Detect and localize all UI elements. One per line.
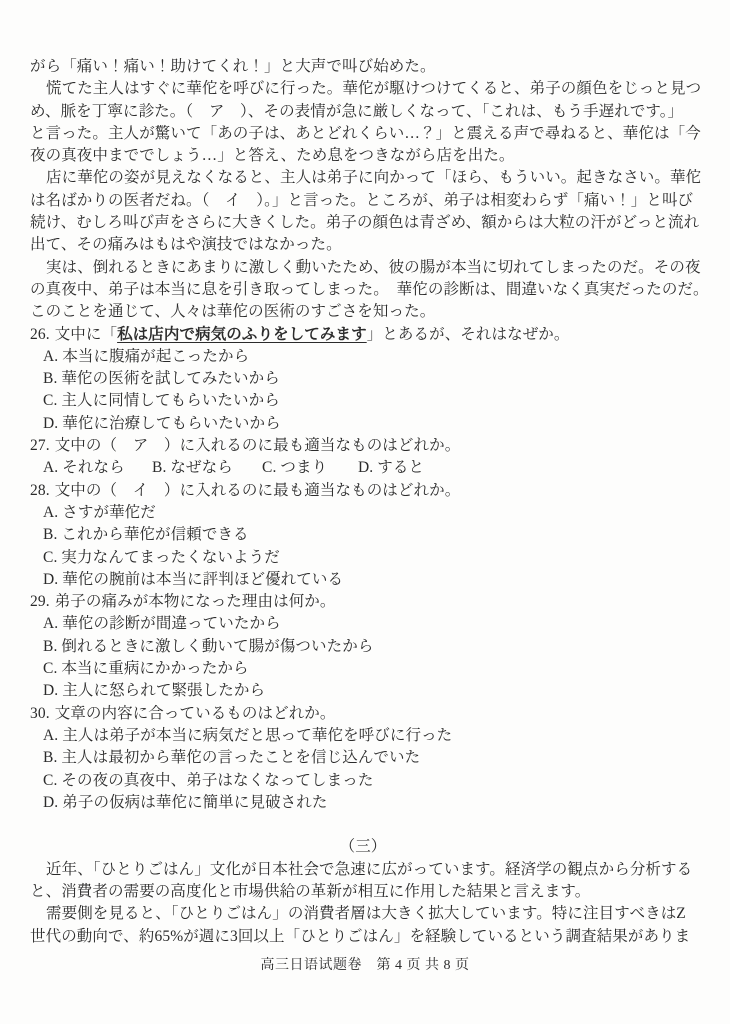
option-label: B. <box>43 749 57 766</box>
option-label: B. <box>152 459 166 476</box>
option-text: これから華佗が信頼できる <box>61 526 248 543</box>
option-label: C. <box>43 660 57 677</box>
question-28-stem: 28.文中の（ イ ）に入れるのに最も適当なものはどれか。 <box>30 480 706 502</box>
passage-line: め、脈を丁寧に診た。（ ア ）、その表情が急に厳しくなって、「これは、もう手遅れ… <box>30 101 706 123</box>
option-text: すると <box>377 459 424 476</box>
question-quoted-phrase: 私は店内で病気のふりをしてみます <box>117 326 367 343</box>
passage-line: の真夜中、弟子は本当に息を引き取ってしまった。 華佗の診断は、間違いなく真実だっ… <box>30 279 706 301</box>
question-number: 28. <box>30 482 50 499</box>
section-three-line: 世代の動向で、約65%が週に3回以上「ひとりごはん」を経験しているという調査結果… <box>30 926 706 948</box>
option-label: C. <box>43 549 57 566</box>
option-text: さすが華佗だ <box>62 504 156 521</box>
option-label: A. <box>43 459 58 476</box>
option-label: D. <box>43 415 58 432</box>
question-29-option-a: A.華佗の診断が間違っていたから <box>30 613 706 635</box>
page-content: がら「痛い！痛い！助けてくれ！」と大声で叫び始めた。 慌てた主人はすぐに華佗を呼… <box>30 56 706 948</box>
question-27-stem: 27.文中の（ ア ）に入れるのに最も適当なものはどれか。 <box>30 435 706 457</box>
option-label: B. <box>43 526 57 543</box>
option-label: C. <box>43 772 57 789</box>
question-number: 29. <box>30 593 50 610</box>
passage-line: このことを通じて、人々は華佗の医術のすごさを知った。 <box>30 301 706 323</box>
passage-line: 出て、その痛みはもはや演技ではなかった。 <box>30 234 706 256</box>
option-text: 華佗の診断が間違っていたから <box>62 615 280 632</box>
question-29-option-d: D.主人に怒られて緊張したから <box>30 680 706 702</box>
question-number: 30. <box>30 705 50 722</box>
option-text: その夜の真夜中、弟子はなくなってしまった <box>61 772 373 789</box>
question-stem-text: 文中に「 <box>55 326 117 343</box>
question-stem-text: 文中の（ ア ）に入れるのに最も適当なものはどれか。 <box>55 437 461 454</box>
option-text: 主人は弟子が本当に病気だと思って華佗を呼びに行った <box>62 727 452 744</box>
option-text: 本当に腹痛が起こったから <box>62 348 249 365</box>
question-stem-text: 文章の内容に合っているものはどれか。 <box>55 705 336 722</box>
question-27-option-c: C.つまり <box>262 457 358 479</box>
option-label: A. <box>43 615 58 632</box>
section-three-line: 近年、「ひとりごはん」文化が日本社会で急速に広がっています。経済学の観点から分析… <box>30 859 706 881</box>
question-28-option-b: B.これから華佗が信頼できる <box>30 524 706 546</box>
question-stem-text: 弟子の痛みが本物になった理由は何か。 <box>55 593 336 610</box>
question-number: 26. <box>30 326 50 343</box>
question-30-option-b: B.主人は最初から華佗の言ったことを信じ込んでいた <box>30 747 706 769</box>
question-30-option-d: D.弟子の仮病は華佗に簡単に見破された <box>30 792 706 814</box>
option-text: 主人に怒られて緊張したから <box>62 682 265 699</box>
blank-line <box>30 814 706 836</box>
option-text: なぜなら <box>170 459 232 476</box>
question-stem-text: 」とあるが、それはなぜか。 <box>367 326 570 343</box>
question-29-option-c: C.本当に重病にかかったから <box>30 658 706 680</box>
passage-line: 店に華佗の姿が見えなくなると、主人は弟子に向かって「ほら、もういい。起きなさい。… <box>30 167 706 189</box>
option-label: A. <box>43 504 58 521</box>
question-27-options: A.それならB.なぜならC.つまりD.すると <box>30 457 706 479</box>
option-label: C. <box>262 459 276 476</box>
passage-line: と言った。主人が驚いて「あの子は、あとどれくらい…？」と震える声で尋ねると、華佗… <box>30 123 706 145</box>
option-label: A. <box>43 727 58 744</box>
option-label: D. <box>358 459 373 476</box>
question-29-stem: 29.弟子の痛みが本物になった理由は何か。 <box>30 591 706 613</box>
question-28-option-d: D.華佗の腕前は本当に評判ほど優れている <box>30 569 706 591</box>
question-stem-text: 文中の（ イ ）に入れるのに最も適当なものはどれか。 <box>55 482 461 499</box>
question-30-option-a: A.主人は弟子が本当に病気だと思って華佗を呼びに行った <box>30 725 706 747</box>
option-text: 主人は最初から華佗の言ったことを信じ込んでいた <box>61 749 420 766</box>
passage-line: 実は、倒れるときにあまりに激しく動いたため、彼の腸が本当に切れてしまったのだ。そ… <box>30 257 706 279</box>
question-27-option-d: D.すると <box>358 457 424 479</box>
question-30-option-c: C.その夜の真夜中、弟子はなくなってしまった <box>30 770 706 792</box>
question-30-stem: 30.文章の内容に合っているものはどれか。 <box>30 703 706 725</box>
passage-line: は名ばかりの医者だね。（ イ ）。」と言った。ところが、弟子は相変わらず「痛い！… <box>30 190 706 212</box>
section-three-line: 需要側を見ると、「ひとりごはん」の消費者層は大きく拡大しています。特に注目すべき… <box>30 903 706 925</box>
question-26-option-a: A.本当に腹痛が起こったから <box>30 346 706 368</box>
question-number: 27. <box>30 437 50 454</box>
option-label: A. <box>43 348 58 365</box>
option-label: D. <box>43 794 58 811</box>
passage-line: 夜の真夜中まででしょう…」と答え、ため息をつきながら店を出た。 <box>30 145 706 167</box>
option-text: 華佗に治療してもらいたいから <box>62 415 280 432</box>
passage-line: 続け、むしろ叫び声をさらに大きくした。弟子の顔色は青ざめ、額からは大粒の汗がどっ… <box>30 212 706 234</box>
section-three-heading: （三） <box>30 836 706 858</box>
passage-line: がら「痛い！痛い！助けてくれ！」と大声で叫び始めた。 <box>30 56 706 78</box>
option-label: C. <box>43 392 57 409</box>
exam-page: がら「痛い！痛い！助けてくれ！」と大声で叫び始めた。 慌てた主人はすぐに華佗を呼… <box>0 0 730 1024</box>
option-text: 華佗の医術を試してみたいから <box>61 370 279 387</box>
option-text: それなら <box>62 459 124 476</box>
option-text: 実力なんてまったくないようだ <box>61 549 279 566</box>
section-three-line: と、消費者の需要の高度化と市場供給の革新が相互に作用した結果と言えます。 <box>30 881 706 903</box>
question-26-option-b: B.華佗の医術を試してみたいから <box>30 368 706 390</box>
option-text: 主人に同情してもらいたいから <box>61 392 279 409</box>
option-text: つまり <box>280 459 327 476</box>
question-28-option-c: C.実力なんてまったくないようだ <box>30 547 706 569</box>
question-27-option-a: A.それなら <box>43 457 152 479</box>
passage-line: 慌てた主人はすぐに華佗を呼びに行った。華佗が駆けつけてくると、弟子の顔色をじっと… <box>30 78 706 100</box>
option-text: 倒れるときに激しく動いて腸が傷ついたから <box>61 638 373 655</box>
option-text: 本当に重病にかかったから <box>61 660 248 677</box>
question-26-stem: 26.文中に「私は店内で病気のふりをしてみます」とあるが、それはなぜか。 <box>30 324 706 346</box>
question-28-option-a: A.さすが華佗だ <box>30 502 706 524</box>
option-label: B. <box>43 370 57 387</box>
option-text: 弟子の仮病は華佗に簡単に見破された <box>62 794 327 811</box>
option-text: 華佗の腕前は本当に評判ほど優れている <box>62 571 343 588</box>
option-label: D. <box>43 682 58 699</box>
question-29-option-b: B.倒れるときに激しく動いて腸が傷ついたから <box>30 636 706 658</box>
page-footer: 高三日语试题卷 第 4 页 共 8 页 <box>0 956 730 976</box>
question-27-option-b: B.なぜなら <box>152 457 262 479</box>
question-26-option-d: D.華佗に治療してもらいたいから <box>30 413 706 435</box>
option-label: B. <box>43 638 57 655</box>
question-26-option-c: C.主人に同情してもらいたいから <box>30 390 706 412</box>
option-label: D. <box>43 571 58 588</box>
